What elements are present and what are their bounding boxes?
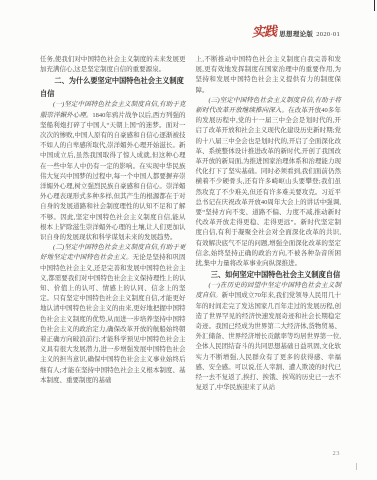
scan-artifact-mark bbox=[356, 463, 357, 470]
section-heading-2: 二、为什么要坚定中国特色社会主义制度自信 bbox=[40, 75, 186, 100]
article-body: 任务,使我们对中国特色社会主义制度的未来发展更加充满信心,这是坚定制度自信的重要… bbox=[40, 55, 341, 394]
paragraph-continuation: 任务,使我们对中国特色社会主义制度的未来发展更加充满信心,这是坚定制度自信的重要… bbox=[40, 55, 186, 75]
journal-logo: 实践 bbox=[252, 25, 276, 39]
paragraph: (三)坚定中国特色社会主义制度自信,有助于将新时代改革开放继续推向深入。在改革开… bbox=[196, 96, 342, 269]
paragraph-text: 1840年鸦片战争以后,西方列强的坚船利炮打碎了中国人“天朝上国”的迷梦。面对一… bbox=[40, 112, 186, 241]
scanned-journal-page: 实践 思想理论版 2020·01 任务,使我们对中国特色社会主义制度的未来发展更… bbox=[0, 0, 377, 480]
section-heading-3: 三、如何坚定中国特色社会主义制度自信 bbox=[196, 269, 342, 281]
journal-header: 实践 思想理论版 2020·01 bbox=[252, 25, 340, 38]
right-column: 上,不断推动中国特色社会主义制度自我完善和发展,更有效地发挥制度在国家治理中的重… bbox=[196, 55, 342, 394]
page-number: 23 bbox=[333, 450, 341, 457]
paragraph: (二)坚定中国特色社会主义制度自信,有助于更好地坚定走中国特色社会主义。无论是坚… bbox=[40, 243, 186, 386]
paragraph-text: 无论是坚持和巩固中国特色社会主义,还是完善和发展中国特色社会主义,都需要我们对中… bbox=[40, 254, 186, 383]
paragraph: (一)坚定中国特色社会主义制度自信,有助于克服崇洋媚外心理。1840年鸦片战争以… bbox=[40, 100, 186, 243]
scan-artifact-line bbox=[374, 0, 376, 11]
paragraph-text: 在改革开放40多年的发展历程中,党的十一届三中全会是划时代的,开启了改革开放和社… bbox=[196, 107, 342, 267]
journal-edition: 思想理论版 bbox=[279, 29, 313, 38]
left-column: 任务,使我们对中国特色社会主义制度的未来发展更加充满信心,这是坚定制度自信的重要… bbox=[40, 55, 186, 394]
paragraph: (一)在历史的回望中坚定中国特色社会主义制度自信。新中国成立70年来,我们党领导… bbox=[196, 281, 342, 393]
paragraph-continuation: 上,不断推动中国特色社会主义制度自我完善和发展,更有效地发挥制度在国家治理中的重… bbox=[196, 55, 342, 96]
journal-issue: 2020·01 bbox=[316, 31, 340, 38]
paragraph-text: 新中国成立70年来,我们党领导人民用几十年的时间走完了发达国家几百年走过的发展历… bbox=[196, 292, 342, 391]
